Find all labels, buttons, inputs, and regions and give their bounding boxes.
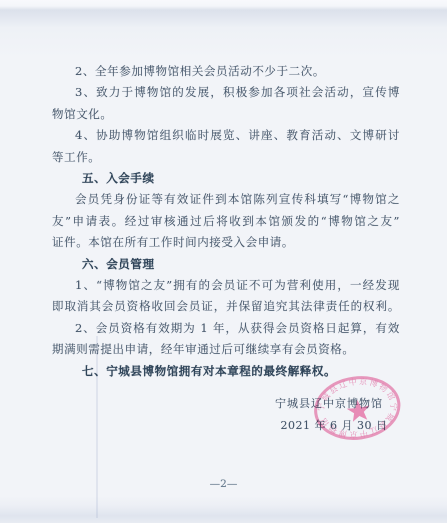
- doc-line: 即取消其会员资格收回会员证，并保留追究其法律责任的权利。: [52, 296, 400, 317]
- page-number: —2—: [0, 478, 447, 490]
- doc-line: 2、全年参加博物馆相关会员活动不少于二次。: [52, 61, 400, 82]
- doc-line: 2、会员资格有效期为 1 年，从获得会员资格日起算，有效: [52, 318, 400, 339]
- doc-line: 3、致力于博物馆的发展，积极参加各项社会活动，宣传博: [52, 82, 400, 103]
- section-heading: 六、会员管理: [52, 254, 400, 275]
- signature-organization: 宁城县辽中京博物馆: [258, 393, 400, 415]
- signature-block: 宁城县辽中京博物馆 2021 年 6 月 30 日: [258, 393, 400, 437]
- doc-line: 4、协助博物馆组织临时展览、讲座、教育活动、文博研讨: [52, 125, 400, 146]
- doc-line: 物馆文化。: [52, 104, 400, 125]
- doc-line: 证件。本馆在所有工作时间内接受入会申请。: [52, 232, 400, 253]
- doc-line: 期满则需提出申请，经年审通过后可继续享有会员资格。: [52, 339, 400, 360]
- doc-line: 会员凭身份证等有效证件到本馆陈列宣传科填写“博物馆之: [52, 189, 400, 210]
- scanned-document-page: 2、全年参加博物馆相关会员活动不少于二次。 3、致力于博物馆的发展，积极参加各项…: [0, 0, 447, 523]
- section-heading: 七、宁城县博物馆拥有对本章程的最终解释权。: [52, 361, 400, 382]
- doc-line: 等工作。: [52, 147, 400, 168]
- signature-date: 2021 年 6 月 30 日: [258, 415, 400, 437]
- doc-line: 友”申请表。经过审核通过后将收到本馆颁发的“博物馆之友”: [52, 211, 400, 232]
- section-heading: 五、入会手续: [52, 168, 400, 189]
- document-body: 2、全年参加博物馆相关会员活动不少于二次。 3、致力于博物馆的发展，积极参加各项…: [52, 61, 400, 382]
- doc-line: 1、“博物馆之友”拥有的会员证不可为营利使用，一经发现: [52, 275, 400, 296]
